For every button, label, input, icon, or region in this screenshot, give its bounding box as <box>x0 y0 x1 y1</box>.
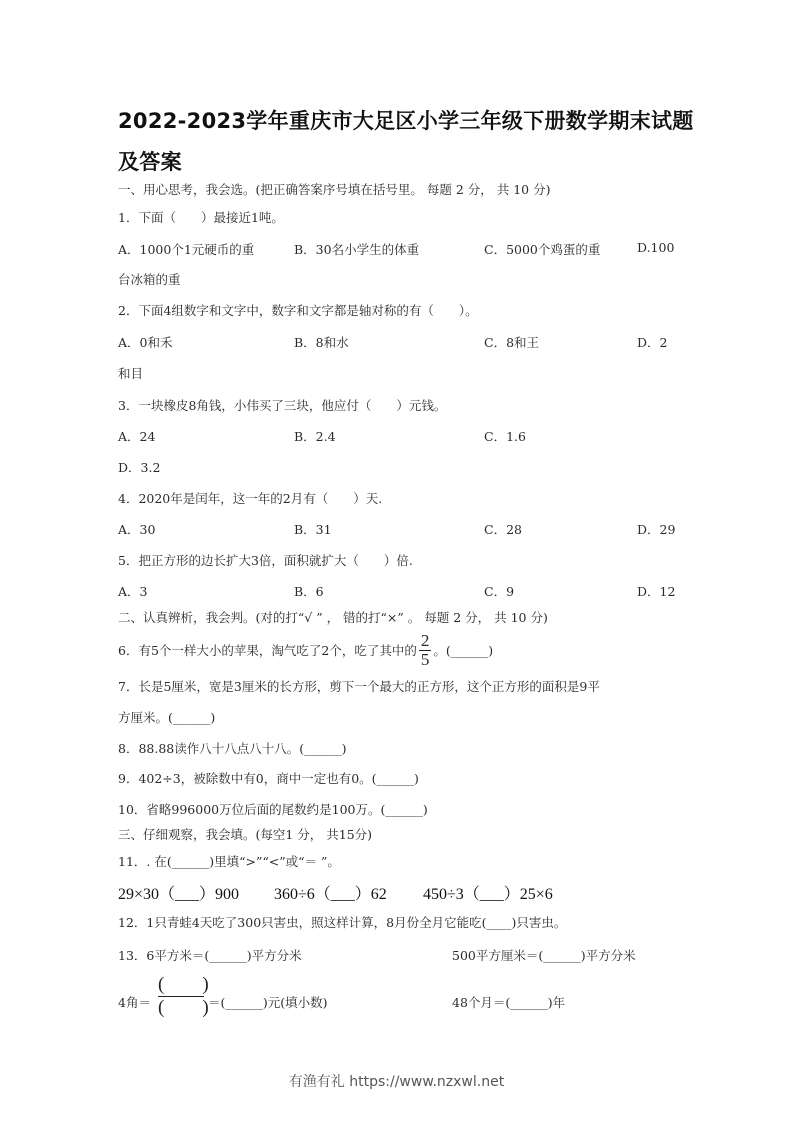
fraction-blank: ( ) ( ) <box>158 974 204 1019</box>
question-7-line2: 方厘米。(______) <box>118 708 215 726</box>
question-5-option-c: C．9 <box>484 582 514 600</box>
question-9: 9．402÷3，被除数中有0，商中一定也有0。(______) <box>118 769 419 787</box>
question-3-option-b: B．2.4 <box>294 427 336 445</box>
fraction-denominator: 5 <box>419 651 432 669</box>
section1-header: 一、用心思考，我会选。(把正确答案序号填在括号里。 每题 2 分， 共 10 分… <box>118 180 550 198</box>
question-3-option-a: A．24 <box>118 427 155 445</box>
fraction-blank-numerator: ( ) <box>158 974 204 997</box>
question-1-option-d: D.100 <box>637 240 674 255</box>
question-5-option-a: A．3 <box>118 582 147 600</box>
question-5-stem: 5．把正方形的边长扩大3倍，面积就扩大（ ）倍. <box>118 551 413 569</box>
section3-header: 三、仔细观察，我会填。(每空1 分， 共15分) <box>118 825 372 843</box>
question-11-item-3: 450÷3（___）25×6 <box>423 881 553 904</box>
question-1-option-d-wrap: 台冰箱的重 <box>118 270 181 288</box>
question-5-option-d: D．12 <box>637 582 675 600</box>
fraction-blank-denominator: ( ) <box>158 997 209 1018</box>
fraction-two-fifths: 2 5 <box>419 632 432 669</box>
question-3-option-c: C．1.6 <box>484 427 526 445</box>
question-13-left-2-suffix: ＝(______)元(填小数) <box>208 993 328 1011</box>
question-1-option-c: C．5000个鸡蛋的重 <box>484 240 600 258</box>
question-13-left-2-prefix: 4角＝ <box>118 993 151 1011</box>
exam-page: 2022-2023学年重庆市大足区小学三年级下册数学期末试题 及答案 一、用心思… <box>0 0 793 1122</box>
question-4-option-c: C．28 <box>484 520 522 538</box>
question-2-option-a: A．0和禾 <box>118 333 172 351</box>
question-1-option-b: B．30名小学生的体重 <box>294 240 419 258</box>
watermark-footer: 有渔有礼 https://www.nzxwl.net <box>0 1071 793 1091</box>
question-2-option-b: B．8和水 <box>294 333 349 351</box>
question-4-option-d: D．29 <box>637 520 675 538</box>
document-title-line2: 及答案 <box>118 146 182 176</box>
question-5-option-b: B．6 <box>294 582 324 600</box>
question-4-option-a: A．30 <box>118 520 155 538</box>
question-10: 10．省略996000万位后面的尾数约是100万。(______) <box>118 800 428 818</box>
question-4-stem: 4．2020年是闰年，这一年的2月有（ ）天. <box>118 489 382 507</box>
question-6-prefix: 6．有5个一样大小的苹果，淘气吃了2个，吃了其中的 <box>118 641 417 659</box>
question-6-suffix: 。(______) <box>433 641 493 659</box>
question-3-option-d: D．3.2 <box>118 458 160 476</box>
question-11-item-2: 360÷6（___）62 <box>274 881 387 904</box>
question-2-option-c: C．8和王 <box>484 333 539 351</box>
question-8: 8．88.88读作八十八点八十八。(______) <box>118 739 347 757</box>
question-11-item-1: 29×30（___）900 <box>118 881 239 904</box>
question-13-left-1: 13．6平方米＝(______)平方分米 <box>118 946 302 964</box>
question-6: 6．有5个一样大小的苹果，淘气吃了2个，吃了其中的 2 5 。(______) <box>118 630 493 670</box>
question-1-option-a: A．1000个1元硬币的重 <box>118 240 254 258</box>
question-11-stem: 11．. 在(______)里填“>”“<”或“＝ ”。 <box>118 852 340 870</box>
question-2-option-d: D．2 <box>637 333 667 351</box>
fraction-numerator: 2 <box>419 632 432 651</box>
question-13-right-1: 500平方厘米＝(______)平方分米 <box>452 946 636 964</box>
document-title-line1: 2022-2023学年重庆市大足区小学三年级下册数学期末试题 <box>118 105 694 135</box>
question-12: 12．1只青蛙4天吃了300只害虫，照这样计算，8月份全月它能吃(____)只害… <box>118 913 566 931</box>
question-2-option-d-wrap: 和目 <box>118 364 143 382</box>
question-13-right-2: 48个月＝(______)年 <box>452 993 565 1011</box>
question-7-line1: 7．长是5厘米，宽是3厘米的长方形，剪下一个最大的正方形，这个正方形的面积是9平 <box>118 677 600 695</box>
question-3-stem: 3．一块橡皮8角钱，小伟买了三块，他应付（ ）元钱。 <box>118 396 446 414</box>
question-4-option-b: B．31 <box>294 520 332 538</box>
section2-header: 二、认真辨析，我会判。(对的打“√ ” ， 错的打“×” 。 每题 2 分， 共… <box>118 608 548 626</box>
question-2-stem: 2．下面4组数字和文字中，数字和文字都是轴对称的有（ ）。 <box>118 301 478 319</box>
question-1-stem: 1．下面（ ）最接近1吨。 <box>118 208 284 226</box>
